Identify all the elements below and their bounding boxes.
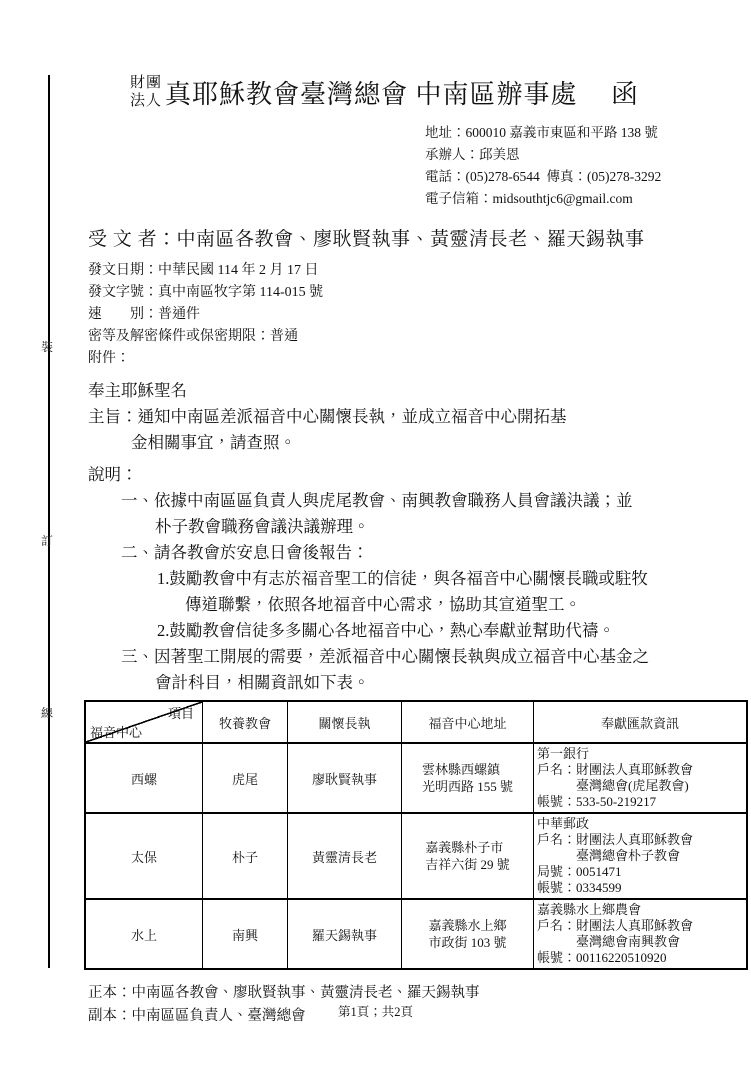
issue-date: 發文日期：中華民國 114 年 2 月 17 日 — [88, 260, 720, 282]
explanation-item2-sub1-line2: 傳道聯繫，依照各地福音中心需求，協助其宣道聖工。 — [88, 592, 720, 618]
contact-handler: 承辦人：邱美恩 — [425, 144, 720, 166]
explanation-item2: 二、請各教會於安息日會後報告： — [88, 540, 720, 566]
subject-line1: 主旨：通知中南區差派福音中心關懷長執，並成立福音中心開拓基 — [88, 404, 720, 430]
church-name: 虎尾 — [203, 743, 288, 813]
donation-info: 第一銀行 戶名：財團法人真耶穌教會 臺灣總會(虎尾教會) 帳號：533-50-2… — [534, 743, 748, 813]
header-diagonal-top-label: 項目 — [168, 703, 194, 722]
binding-char-zhuang: 裝 — [36, 338, 58, 355]
center-address: 雲林縣西螺鎮 光明西路 155 號 — [402, 743, 534, 813]
carer-name: 黃靈清長老 — [288, 813, 402, 899]
binding-char-xian: 線 — [36, 704, 58, 721]
corp-prefix-line2: 法人 — [130, 92, 162, 110]
header-caring-elder: 關懷長執 — [288, 701, 402, 743]
letter-title: 財團 法人 真耶穌教會臺灣總會 中南區辦事處 函 — [130, 66, 720, 118]
center-name: 西螺 — [85, 743, 203, 813]
header-diagonal-cell: 項目 福音中心 — [85, 701, 203, 743]
contact-phone-fax: 電話：(05)278-6544 傳真：(05)278-3292 — [425, 166, 720, 188]
center-name: 太保 — [85, 813, 203, 899]
letter-content: 財團 法人 真耶穌教會臺灣總會 中南區辦事處 函 地址：600010 嘉義市東區… — [88, 66, 720, 1028]
contact-address: 地址：600010 嘉義市東區和平路 138 號 — [425, 122, 720, 144]
issue-number: 發文字號：真中南區牧字第 114-015 號 — [88, 282, 720, 304]
header-diagonal-bottom-label: 福音中心 — [90, 722, 142, 741]
corp-prefix-line1: 財團 — [130, 74, 162, 92]
explanation-item2-sub1-line1: 1.鼓勵教會中有志於福音聖工的信徒，與各福音中心關懷長職或駐牧 — [88, 566, 720, 592]
explanation-item1-line1: 一、依據中南區區負責人與虎尾教會、南興教會職務人員會議決議；並 — [88, 488, 720, 514]
binding-margin-line — [48, 75, 50, 968]
table-header-row: 項目 福音中心 牧養教會 關懷長執 福音中心地址 奉獻匯款資訊 — [85, 701, 747, 743]
organization-name: 真耶穌教會臺灣總會 中南區辦事處 — [165, 74, 578, 111]
document-type: 函 — [612, 74, 638, 111]
center-address: 嘉義縣水上鄉 市政街 103 號 — [402, 899, 534, 969]
explanation-item1-line2: 朴子教會職務會議決議辦理。 — [88, 514, 720, 540]
explanation-label: 說明： — [88, 462, 720, 488]
center-address: 嘉義縣朴子市 吉祥六街 29 號 — [402, 813, 534, 899]
carer-name: 羅天錫執事 — [288, 899, 402, 969]
letter-body: 奉主耶穌聖名 主旨：通知中南區差派福音中心關懷長執，並成立福音中心開拓基 金相關… — [88, 378, 720, 696]
carer-name: 廖耿賢執事 — [288, 743, 402, 813]
church-name: 朴子 — [203, 813, 288, 899]
subject-line2: 金相關事宜，請查照。 — [88, 430, 720, 456]
document-meta: 發文日期：中華民國 114 年 2 月 17 日 發文字號：真中南區牧字第 11… — [88, 260, 720, 370]
header-nurturing-church: 牧養教會 — [203, 701, 288, 743]
explanation-item3-line2: 會計科目，相關資訊如下表。 — [88, 670, 720, 696]
recipient-line: 受 文 者：中南區各教會、廖耿賢執事、黃靈清長老、羅天錫執事 — [88, 224, 720, 251]
gospel-center-table: 項目 福音中心 牧養教會 關懷長執 福音中心地址 奉獻匯款資訊 西螺 虎尾 廖耿… — [84, 700, 748, 970]
header-donation-info: 奉獻匯款資訊 — [534, 701, 748, 743]
table-row-taibao: 太保 朴子 黃靈清長老 嘉義縣朴子市 吉祥六街 29 號 中華郵政 戶名：財團法… — [85, 813, 747, 899]
contact-email: 電子信箱：midsouthtjc6@gmail.com — [425, 188, 720, 210]
center-name: 水上 — [85, 899, 203, 969]
table-row-xiluo: 西螺 虎尾 廖耿賢執事 雲林縣西螺鎮 光明西路 155 號 第一銀行 戶名：財團… — [85, 743, 747, 813]
contact-block: 地址：600010 嘉義市東區和平路 138 號 承辦人：邱美恩 電話：(05)… — [425, 122, 720, 210]
donation-info: 中華郵政 戶名：財團法人真耶穌教會 臺灣總會朴子教會 局號：0051471 帳號… — [534, 813, 748, 899]
delivery-speed: 速 別：普通件 — [88, 304, 720, 326]
confidentiality: 密等及解密條件或保密期限：普通 — [88, 326, 720, 348]
page-indicator: 第1頁；共2頁 — [0, 1002, 751, 1020]
official-letter-page: 裝 訂 線 財團 法人 真耶穌教會臺灣總會 中南區辦事處 函 地址：600010… — [0, 0, 751, 1067]
attachment: 附件： — [88, 348, 720, 370]
salutation: 奉主耶穌聖名 — [88, 378, 720, 404]
table-row-shuishang: 水上 南興 羅天錫執事 嘉義縣水上鄉 市政街 103 號 嘉義縣水上鄉農會 戶名… — [85, 899, 747, 969]
explanation-item2-sub2: 2.鼓勵教會信徒多多關心各地福音中心，熱心奉獻並幫助代禱。 — [88, 618, 720, 644]
donation-info: 嘉義縣水上鄉農會 戶名：財團法人真耶穌教會 臺灣總會南興教會 帳號：001162… — [534, 899, 748, 969]
church-name: 南興 — [203, 899, 288, 969]
corporation-prefix: 財團 法人 — [130, 74, 162, 110]
header-center-address: 福音中心地址 — [402, 701, 534, 743]
binding-char-ding: 訂 — [36, 532, 58, 549]
explanation-item3-line1: 三、因著聖工開展的需要，差派福音中心關懷長執與成立福音中心基金之 — [88, 644, 720, 670]
